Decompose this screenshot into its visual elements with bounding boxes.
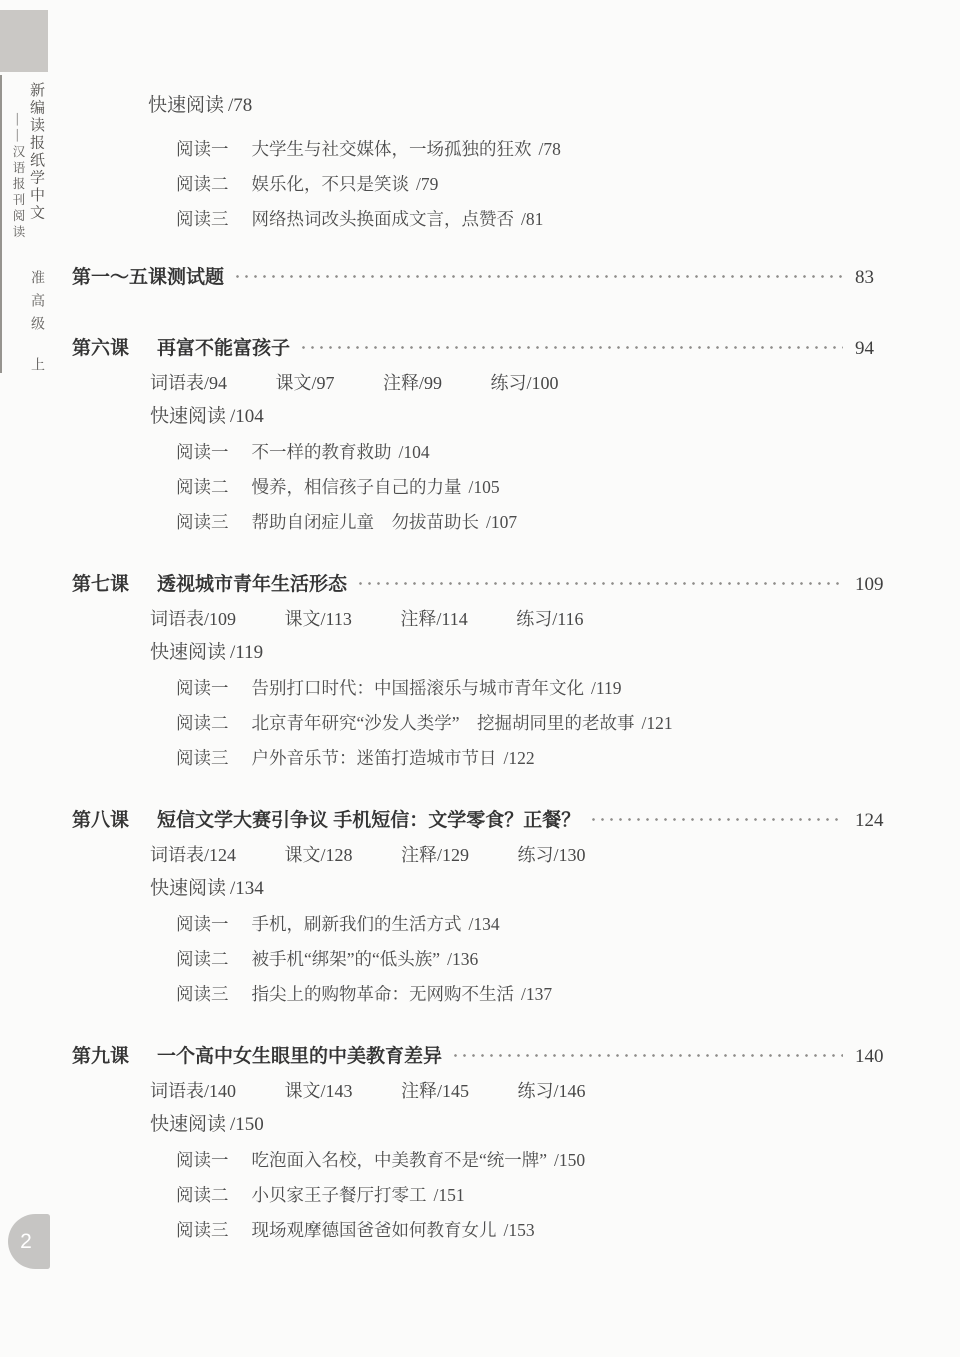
- corner-square: [0, 10, 48, 72]
- lesson-parts-row: 词语表/109 课文/113 注释/114 练习/116: [150, 606, 895, 632]
- part-item: 练习/100: [491, 373, 559, 393]
- reading-row: 阅读一 告别打口时代：中国摇滚乐与城市青年文化 /119: [176, 676, 895, 700]
- quick-reading-label: 快速阅读: [150, 404, 226, 430]
- part-item: 注释/99: [383, 373, 442, 393]
- lesson-number: 第六课: [72, 336, 129, 362]
- part-item: 课文/143: [285, 1081, 353, 1101]
- reading-title: 告别打口时代：中国摇滚乐与城市青年文化: [252, 676, 585, 700]
- part-page: /143: [321, 1081, 353, 1101]
- lesson-page: 140: [855, 1044, 895, 1070]
- reading-page: /153: [504, 1218, 535, 1242]
- reading-label: 阅读二: [176, 475, 229, 499]
- reading-row: 阅读三 户外音乐节：迷笛打造城市节日 /122: [176, 746, 895, 770]
- lesson-page: 124: [855, 808, 895, 834]
- reading-title: 大学生与社交媒体，一场孤独的狂欢: [252, 137, 532, 161]
- lesson-page: 94: [855, 336, 895, 362]
- reading-page: /151: [434, 1183, 465, 1207]
- reading-page: /78: [539, 137, 561, 161]
- part-item: 课文/97: [276, 373, 335, 393]
- reading-title: 被手机“绑架”的“低头族”: [252, 947, 441, 971]
- reading-row: 阅读二 慢养，相信孩子自己的力量 /105: [176, 475, 895, 499]
- quick-reading-row: 快速阅读 /104: [150, 404, 895, 430]
- part-page: /100: [527, 373, 559, 393]
- part-label: 词语表: [150, 373, 204, 393]
- part-page: /114: [436, 609, 467, 629]
- part-page: /99: [419, 373, 442, 393]
- reading-title: 慢养，相信孩子自己的力量: [252, 475, 462, 499]
- reading-label: 阅读一: [176, 137, 229, 161]
- lesson-row: 第八课 短信文学大赛引争议 手机短信：文学零食？正餐？ 124: [72, 808, 895, 834]
- sidebar-volume-label: 上: [26, 357, 46, 371]
- quick-reading-row: 快速阅读 /134: [150, 876, 895, 902]
- toc-content: 快速阅读 /78 阅读一 大学生与社交媒体，一场孤独的狂欢 /78 阅读二 娱乐…: [72, 94, 895, 1253]
- page-number: 2: [20, 1230, 38, 1254]
- reading-label: 阅读三: [176, 207, 229, 231]
- part-label: 注释: [401, 1081, 437, 1101]
- reading-row: 阅读一 吃泡面入名校，中美教育不是“统一牌” /150: [176, 1148, 895, 1172]
- lesson-title: 透视城市青年生活形态: [157, 572, 347, 598]
- reading-label: 阅读二: [176, 947, 229, 971]
- part-page: /94: [204, 373, 227, 393]
- part-page: /146: [554, 1081, 586, 1101]
- reading-row: 阅读一 不一样的教育救助 /104: [176, 440, 895, 464]
- lesson-page: 109: [855, 572, 895, 598]
- sidebar-book-subtitle: ——汉语报刊阅读: [9, 113, 27, 241]
- dotted-leader: [589, 813, 843, 826]
- part-page: /129: [437, 845, 469, 865]
- quick-reading-page: /134: [230, 876, 264, 902]
- lesson-block: 第八课 短信文学大赛引争议 手机短信：文学零食？正餐？ 124 词语表/124 …: [72, 808, 895, 1006]
- dotted-leader: [299, 341, 843, 354]
- reading-page: /119: [591, 676, 621, 700]
- reading-title: 吃泡面入名校，中美教育不是“统一牌”: [252, 1148, 548, 1172]
- part-item: 课文/128: [285, 845, 353, 865]
- part-page: /109: [204, 609, 236, 629]
- part-label: 词语表: [150, 1081, 204, 1101]
- part-item: 练习/146: [518, 1081, 586, 1101]
- part-label: 练习: [518, 1081, 554, 1101]
- reading-title: 户外音乐节：迷笛打造城市节日: [252, 746, 497, 770]
- lesson-title: 再富不能富孩子: [157, 336, 290, 362]
- spine-line: [0, 75, 2, 373]
- test-section-title: 第一～五课测试题: [72, 266, 224, 290]
- quick-reading-page: /78: [228, 94, 252, 118]
- reading-page: /134: [469, 912, 500, 936]
- part-page: /130: [554, 845, 586, 865]
- quick-reading-row: 快速阅读 /119: [150, 640, 895, 666]
- lesson-title: 一个高中女生眼里的中美教育差异: [157, 1044, 442, 1070]
- reading-page: /104: [399, 440, 430, 464]
- part-label: 课文: [276, 373, 312, 393]
- lesson-row: 第七课 透视城市青年生活形态 109: [72, 572, 895, 598]
- part-page: /116: [552, 609, 583, 629]
- reading-row: 阅读二 北京青年研究“沙发人类学” 挖掘胡同里的老故事 /121: [176, 711, 895, 735]
- reading-label: 阅读一: [176, 676, 229, 700]
- reading-row: 阅读二 娱乐化，不只是笑谈 /79: [176, 172, 895, 196]
- reading-title: 小贝家王子餐厅打零工: [252, 1183, 427, 1207]
- lesson-block: 第七课 透视城市青年生活形态 109 词语表/109 课文/113 注释/114…: [72, 572, 895, 770]
- part-label: 练习: [491, 373, 527, 393]
- quick-reading-label: 快速阅读: [150, 640, 226, 666]
- lesson-title: 短信文学大赛引争议 手机短信：文学零食？正餐？: [157, 808, 580, 834]
- lesson-row: 第九课 一个高中女生眼里的中美教育差异 140: [72, 1044, 895, 1070]
- part-label: 词语表: [150, 845, 204, 865]
- quick-reading-page: /119: [230, 640, 263, 666]
- reading-page: /81: [521, 207, 543, 231]
- reading-title: 现场观摩德国爸爸如何教育女儿: [252, 1218, 497, 1242]
- test-section-row: 第一～五课测试题 83: [72, 266, 895, 290]
- sidebar-level-label: 准高级: [26, 270, 46, 339]
- reading-label: 阅读一: [176, 912, 229, 936]
- part-item: 练习/116: [516, 609, 583, 629]
- reading-title: 不一样的教育救助: [252, 440, 392, 464]
- dotted-leader: [233, 270, 843, 283]
- part-page: /124: [204, 845, 236, 865]
- lesson-number: 第九课: [72, 1044, 129, 1070]
- lesson-block: 第九课 一个高中女生眼里的中美教育差异 140 词语表/140 课文/143 注…: [72, 1044, 895, 1242]
- reading-row: 阅读二 被手机“绑架”的“低头族” /136: [176, 947, 895, 971]
- quick-reading-row: 快速阅读 /150: [150, 1112, 895, 1138]
- reading-page: /105: [469, 475, 500, 499]
- page-number-badge: 2: [8, 1214, 50, 1269]
- quick-reading-page: /150: [230, 1112, 264, 1138]
- sidebar-book-title: 新编读报纸学中文: [26, 82, 47, 222]
- test-section-page: 83: [855, 266, 895, 290]
- lesson-number: 第七课: [72, 572, 129, 598]
- reading-row: 阅读一 手机，刷新我们的生活方式 /134: [176, 912, 895, 936]
- lesson-block: 第六课 再富不能富孩子 94 词语表/94 课文/97 注释/99 练习/100…: [72, 336, 895, 534]
- quick-reading-page: /104: [230, 404, 264, 430]
- reading-title: 手机，刷新我们的生活方式: [252, 912, 462, 936]
- part-page: /128: [321, 845, 353, 865]
- lesson-parts-row: 词语表/94 课文/97 注释/99 练习/100: [150, 370, 895, 396]
- lesson-parts-row: 词语表/124 课文/128 注释/129 练习/130: [150, 842, 895, 868]
- part-item: 词语表/109: [150, 609, 236, 629]
- part-label: 练习: [516, 609, 552, 629]
- part-item: 词语表/124: [150, 845, 236, 865]
- part-label: 课文: [285, 1081, 321, 1101]
- reading-row: 阅读三 帮助自闭症儿童 勿拔苗助长 /107: [176, 510, 895, 534]
- part-item: 词语表/140: [150, 1081, 236, 1101]
- part-label: 注释: [401, 845, 437, 865]
- part-label: 练习: [518, 845, 554, 865]
- lesson-number: 第八课: [72, 808, 129, 834]
- reading-page: /79: [416, 172, 438, 196]
- quick-reading-row: 快速阅读 /78: [148, 94, 895, 118]
- part-label: 课文: [285, 845, 321, 865]
- reading-row: 阅读三 网络热词改头换面成文言，点赞否 /81: [176, 207, 895, 231]
- reading-page: /136: [447, 947, 478, 971]
- reading-label: 阅读三: [176, 1218, 229, 1242]
- reading-row: 阅读三 现场观摩德国爸爸如何教育女儿 /153: [176, 1218, 895, 1242]
- part-item: 注释/129: [401, 845, 469, 865]
- reading-label: 阅读一: [176, 440, 229, 464]
- dotted-leader: [451, 1049, 843, 1062]
- reading-title: 指尖上的购物革命：无网购不生活: [252, 982, 515, 1006]
- part-item: 词语表/94: [150, 373, 227, 393]
- reading-label: 阅读三: [176, 510, 229, 534]
- part-page: /97: [312, 373, 335, 393]
- reading-title: 娱乐化，不只是笑谈: [252, 172, 410, 196]
- part-label: 注释: [400, 609, 436, 629]
- part-page: /145: [437, 1081, 469, 1101]
- reading-title: 帮助自闭症儿童 勿拔苗助长: [252, 510, 480, 534]
- reading-label: 阅读三: [176, 982, 229, 1006]
- part-label: 课文: [285, 609, 321, 629]
- part-page: /113: [321, 609, 352, 629]
- reading-page: /107: [486, 510, 517, 534]
- quick-reading-label: 快速阅读: [150, 876, 226, 902]
- part-item: 课文/113: [285, 609, 352, 629]
- part-page: /140: [204, 1081, 236, 1101]
- quick-reading-label: 快速阅读: [150, 1112, 226, 1138]
- lesson-parts-row: 词语表/140 课文/143 注释/145 练习/146: [150, 1078, 895, 1104]
- reading-label: 阅读二: [176, 172, 229, 196]
- part-label: 词语表: [150, 609, 204, 629]
- reading-label: 阅读一: [176, 1148, 229, 1172]
- reading-page: /137: [521, 982, 552, 1006]
- reading-title: 北京青年研究“沙发人类学” 挖掘胡同里的老故事: [252, 711, 635, 735]
- reading-page: /121: [642, 711, 673, 735]
- reading-row: 阅读三 指尖上的购物革命：无网购不生活 /137: [176, 982, 895, 1006]
- lesson-row: 第六课 再富不能富孩子 94: [72, 336, 895, 362]
- part-label: 注释: [383, 373, 419, 393]
- reading-label: 阅读三: [176, 746, 229, 770]
- reading-row: 阅读一 大学生与社交媒体，一场孤独的狂欢 /78: [176, 137, 895, 161]
- quick-reading-label: 快速阅读: [148, 94, 224, 118]
- reading-label: 阅读二: [176, 1183, 229, 1207]
- part-item: 注释/114: [400, 609, 467, 629]
- reading-row: 阅读二 小贝家王子餐厅打零工 /151: [176, 1183, 895, 1207]
- reading-page: /122: [504, 746, 535, 770]
- dotted-leader: [356, 577, 843, 590]
- part-item: 练习/130: [518, 845, 586, 865]
- reading-label: 阅读二: [176, 711, 229, 735]
- reading-page: /150: [554, 1148, 585, 1172]
- part-item: 注释/145: [401, 1081, 469, 1101]
- reading-title: 网络热词改头换面成文言，点赞否: [252, 207, 515, 231]
